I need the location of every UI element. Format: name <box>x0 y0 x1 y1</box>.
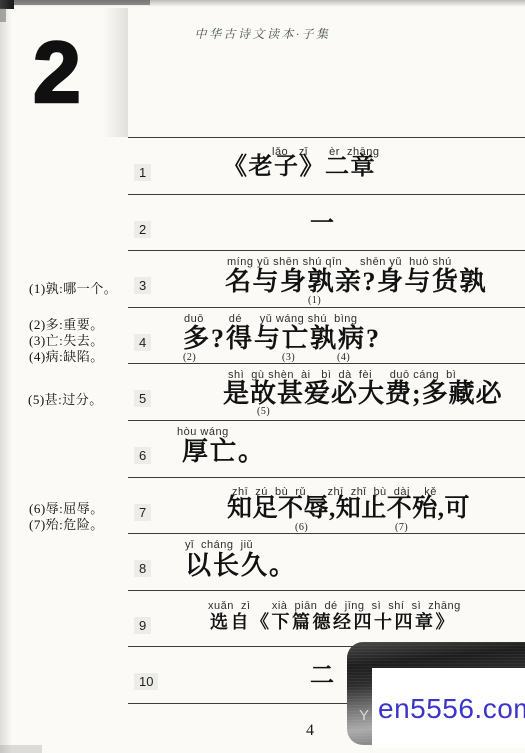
line-number: 4 <box>134 334 151 351</box>
footnote-marker: (5) <box>257 406 270 417</box>
pinyin-line: xuǎn zì xià piān dé jīng sì shí sì zhāng <box>208 600 461 612</box>
text-row-1: 1 lǎo zǐ èr zhāng 《老子》二章 <box>128 137 525 194</box>
hanzi-line: 以长久。 <box>185 551 297 581</box>
footnote-marker: (1) <box>308 295 321 306</box>
line-number: 6 <box>134 447 151 464</box>
book-page-scan: 中华古诗文读本·子集 2 1 lǎo zǐ èr zhāng 《老子》二章 2 … <box>0 0 525 753</box>
line-number: 2 <box>134 221 151 238</box>
footnote-marker: (2) <box>183 352 196 363</box>
text-grid: 1 lǎo zǐ èr zhāng 《老子》二章 2 一 3 míng yǔ s… <box>128 137 525 704</box>
text-row-6: 6 hòu wáng 厚亡。 <box>128 420 525 477</box>
margin-note-4: (4)病:缺陷。 <box>29 346 104 365</box>
text-row-4: 4 duō dé yǔ wáng shú bìng 多?得与亡孰病? (2) (… <box>128 307 525 364</box>
hanzi-line: 二 <box>310 663 334 691</box>
hanzi-line: 一 <box>310 211 334 239</box>
pinyin-line: yǐ cháng jiǔ <box>185 539 253 551</box>
chapter-number: 2 <box>33 30 81 116</box>
text-row-7: 7 zhī zú bù rǔ zhī zhǐ bù dài kě 知足不辱,知止… <box>128 477 525 534</box>
line-number: 7 <box>134 504 151 521</box>
text-row-2: 2 一 <box>128 194 525 251</box>
hanzi-line: 是故甚爱必大费;多藏必 <box>223 379 503 409</box>
scan-left-edge <box>0 0 12 753</box>
line-number: 5 <box>134 390 151 407</box>
hanzi-line: 知足不辱,知止不殆,可 <box>227 495 470 524</box>
footnote-marker: (7) <box>395 522 408 533</box>
hanzi-line: 厚亡。 <box>182 437 266 467</box>
text-row-9: 9 xuǎn zì xià piān dé jīng sì shí sì zhā… <box>128 590 525 647</box>
margin-note-7: (7)殆:危险。 <box>29 514 104 533</box>
text-row-8: 8 yǐ cháng jiǔ 以长久。 <box>128 533 525 590</box>
scan-top-edge-dark <box>0 0 150 5</box>
footnote-marker: (3) <box>282 352 295 363</box>
footnote-marker: (4) <box>337 352 350 363</box>
hanzi-line: 选自《下篇德经四十四章》 <box>210 612 456 633</box>
line-number: 9 <box>134 617 151 634</box>
text-row-5: 5 shì gù shèn ài bì dà fèi duō cáng bì 是… <box>128 363 525 420</box>
line-number: 8 <box>134 560 151 577</box>
watermark-site-text: en5556.com <box>378 693 525 725</box>
hanzi-line: 名与身孰亲?身与货孰 <box>225 267 487 297</box>
line-number: 10 <box>134 673 158 690</box>
hanzi-line: 多?得与亡孰病? <box>183 324 381 354</box>
footnote-marker: (6) <box>295 522 308 533</box>
line-number: 1 <box>134 164 151 181</box>
hanzi-line: 《老子》二章 <box>223 154 376 182</box>
margin-note-5: (5)甚:过分。 <box>28 389 103 408</box>
text-row-3: 3 míng yǔ shēn shú qīn shēn yǔ huò shú 名… <box>128 250 525 307</box>
page-number: 4 <box>306 722 314 740</box>
margin-note-1: (1)孰:哪一个。 <box>29 278 117 297</box>
scan-bottom-edge <box>0 745 42 753</box>
line-number: 3 <box>134 277 151 294</box>
watermark-partial-letter: Y <box>359 707 369 724</box>
